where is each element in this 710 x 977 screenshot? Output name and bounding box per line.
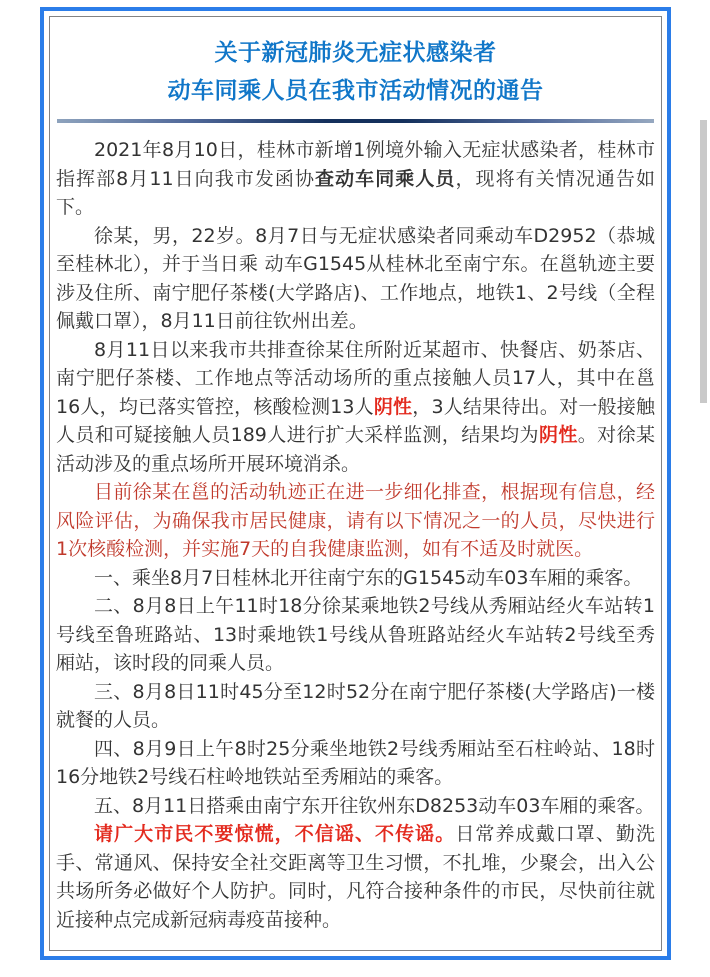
notice-body: 2021年8月10日，桂林市新增1例境外输入无症状感染者，桂林市指挥部8月11日…	[56, 136, 655, 934]
list-item-2: 二、8月8日上午11时18分徐某乘地铁2号线从秀厢站经火车站转1号线至鲁班路站、…	[56, 592, 655, 678]
title-line-1: 关于新冠肺炎无症状感染者	[56, 34, 655, 72]
list-item-4: 四、8月9日上午8时25分乘坐地铁2号线秀厢站至石柱岭站、18时16分地铁2号线…	[56, 735, 655, 792]
p10-warning-lead: 请广大市民不要惊慌，不信谣、不传谣。	[94, 823, 455, 845]
paragraph-risk-advisory: 目前徐某在邕的活动轨迹正在进一步细化排查，根据现有信息，经风险评估，为确保我市居…	[56, 478, 655, 564]
p3-negative-result-1: 阴性	[374, 396, 412, 418]
list-item-1: 一、乘坐8月7日桂林北开往南宁东的G1545动车03车厢的乘客。	[56, 564, 655, 593]
inner-gray-border: 关于新冠肺炎无症状感染者 动车同乘人员在我市活动情况的通告 2021年8月10日…	[49, 16, 662, 951]
notice-title: 关于新冠肺炎无症状感染者 动车同乘人员在我市活动情况的通告	[56, 34, 655, 110]
list-item-5: 五、8月11日搭乘由南宁东开往钦州东D8253动车03车厢的乘客。	[56, 792, 655, 821]
scrollbar-thumb[interactable]	[700, 120, 707, 403]
p1-bold-phrase: 查动车同乘人员	[315, 168, 455, 190]
title-line-2: 动车同乘人员在我市活动情况的通告	[56, 72, 655, 110]
paragraph-public-reminder: 请广大市民不要惊慌，不信谣、不传谣。日常养成戴口罩、勤洗手、常通风、保持安全社交…	[56, 820, 655, 934]
title-divider	[57, 119, 654, 123]
list-item-3: 三、8月8日11时45分至12时52分在南宁肥仔茶楼(大学路店)一楼就餐的人员。	[56, 678, 655, 735]
paragraph-contact-tracing: 8月11日以来我市共排查徐某住所附近某超市、快餐店、奶茶店、南宁肥仔茶楼、工作地…	[56, 336, 655, 479]
notice-page: 关于新冠肺炎无症状感染者 动车同乘人员在我市活动情况的通告 2021年8月10日…	[0, 0, 710, 977]
paragraph-case-trajectory: 徐某，男，22岁。8月7日与无症状感染者同乘动车D2952（恭城至桂林北），并于…	[56, 222, 655, 336]
paragraph-announcement-intro: 2021年8月10日，桂林市新增1例境外输入无症状感染者，桂林市指挥部8月11日…	[56, 136, 655, 222]
p3-negative-result-2: 阴性	[539, 424, 578, 446]
outer-blue-frame: 关于新冠肺炎无症状感染者 动车同乘人员在我市活动情况的通告 2021年8月10日…	[40, 7, 671, 960]
